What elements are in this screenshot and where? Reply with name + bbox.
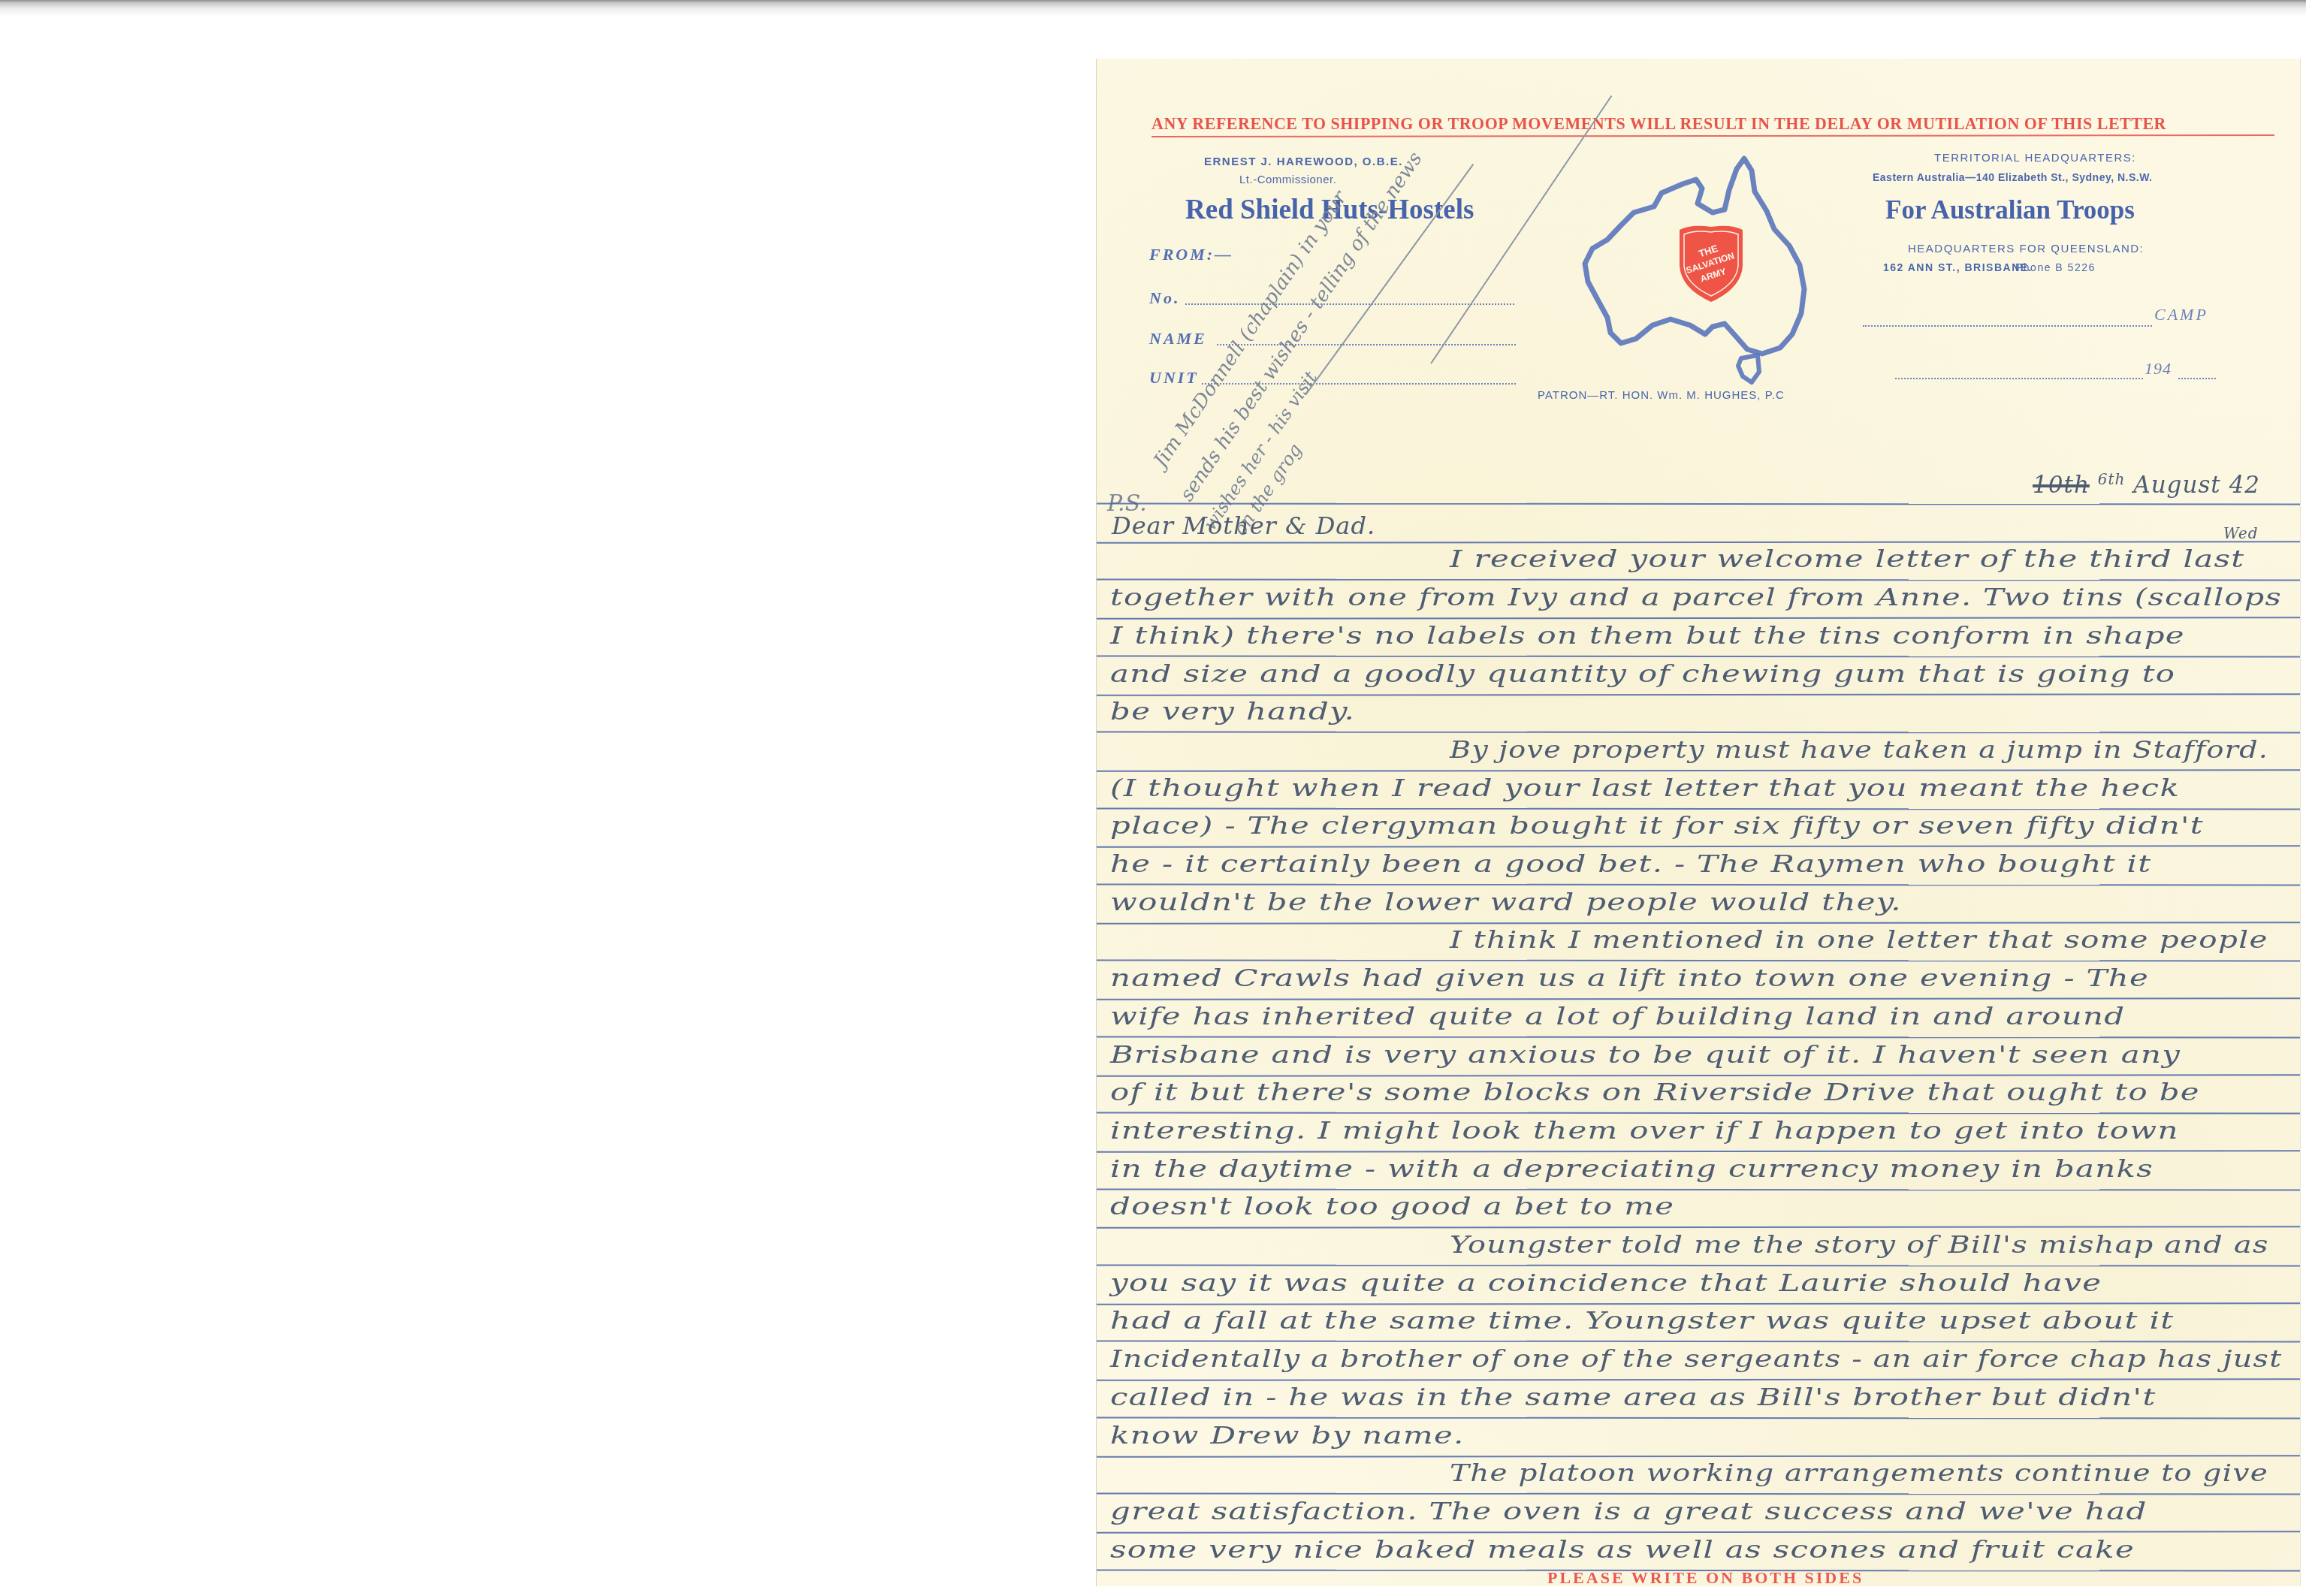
ruled-line [1097, 1378, 2300, 1380]
unit-label: UNIT [1149, 368, 1199, 388]
territorial-hq-address: Eastern Australia—140 Elizabeth St., Syd… [1873, 171, 2153, 183]
letter-line: and size and a goodly quantity of chewin… [1110, 661, 2175, 688]
camp-field[interactable] [1863, 325, 2152, 327]
letter-line: be very handy. [1110, 698, 1355, 726]
censorship-warning: ANY REFERENCE TO SHIPPING OR TROOP MOVEM… [1151, 113, 2166, 134]
letter-line: (I thought when I read your last letter … [1110, 775, 2180, 802]
name-label: NAME [1149, 329, 1207, 348]
ruled-line [1097, 846, 2300, 848]
ruled-line [1097, 1264, 2300, 1266]
ruled-line [1097, 1302, 2300, 1305]
ruled-line [1097, 502, 2300, 505]
ruled-line [1097, 1531, 2300, 1533]
from-label: FROM:— [1149, 245, 1233, 264]
number-field[interactable] [1185, 303, 1514, 305]
ruled-line [1097, 1188, 2300, 1190]
letter-sheet: ANY REFERENCE TO SHIPPING OR TROOP MOVEM… [1097, 59, 2300, 1586]
ruled-line [1097, 732, 2300, 734]
inserted-word: Wed [2223, 524, 2259, 542]
letter-line: called in - he was in the same area as B… [1110, 1384, 2157, 1411]
salvation-army-shield-icon: THE SALVATION ARMY [1677, 222, 1746, 303]
ruled-line [1097, 769, 2300, 771]
letter-line: I think I mentioned in one letter that s… [1450, 927, 2268, 954]
letter-line: he - it certainly been a good bet. - The… [1110, 851, 2151, 878]
number-label: No. [1149, 288, 1180, 308]
ruled-line [1097, 1036, 2300, 1038]
territorial-hq-heading: TERRITORIAL HEADQUARTERS: [1934, 152, 2136, 164]
letter-line: in the daytime - with a depreciating cur… [1110, 1156, 2154, 1183]
struck-date: 10th [2033, 472, 2090, 499]
letter-line: some very nice baked meals as well as sc… [1110, 1537, 2135, 1564]
letter-line: I received your welcome letter of the th… [1450, 546, 2245, 573]
letter-line: By jove property must have taken a jump … [1450, 737, 2268, 764]
date-month-year: August 42 [2133, 472, 2260, 499]
ruled-line [1097, 922, 2300, 924]
year-label: 194 [2145, 359, 2172, 379]
ruled-line [1097, 883, 2300, 885]
letter-line: had a fall at the same time. Youngster w… [1110, 1308, 2174, 1335]
salutation: Dear Mother & Dad. [1112, 511, 1375, 540]
ruled-line [1097, 1112, 2300, 1115]
ruled-line [1097, 655, 2300, 657]
letter-line: know Drew by name. [1110, 1423, 1465, 1450]
ruled-line [1097, 541, 2300, 543]
tagline: For Australian Troops [1885, 195, 2135, 225]
letter-line: wife has inherited quite a lot of buildi… [1110, 1003, 2125, 1030]
ruled-line [1097, 1226, 2300, 1229]
date-field-tail [2178, 378, 2216, 379]
officer-title: Lt.-Commissioner. [1239, 173, 1336, 186]
name-field[interactable] [1217, 344, 1516, 345]
letter-line: Brisbane and is very anxious to be quit … [1110, 1042, 2181, 1069]
officer-name: ERNEST J. HAREWOOD, O.B.E. [1204, 155, 1403, 168]
letter-line: The platoon working arrangements continu… [1450, 1460, 2268, 1487]
letter-line: Youngster told me the story of Bill's mi… [1450, 1232, 2269, 1259]
letter-line: named Crawls had given us a lift into to… [1110, 965, 2149, 992]
letter-line: place) - The clergyman bought it for six… [1110, 813, 2204, 840]
letter-line: great satisfaction. The oven is a great … [1110, 1498, 2148, 1525]
letter-line: Incidentally a brother of one of the ser… [1110, 1346, 2282, 1373]
warning-underline [1151, 134, 2274, 137]
ruled-line [1097, 617, 2300, 619]
ruled-line [1097, 807, 2300, 810]
letter-line: you say it was quite a coincidence that … [1110, 1270, 2102, 1297]
ruled-line [1097, 1074, 2300, 1076]
camp-label: CAMP [2154, 305, 2208, 324]
ruled-line [1097, 960, 2300, 962]
letter-date: 10th 6th August 42 [2033, 470, 2260, 499]
patron-line: PATRON—RT. HON. Wm. M. HUGHES, P.C [1538, 389, 1785, 402]
letter-line: of it but there's some blocks on Riversi… [1110, 1079, 2200, 1106]
letter-line: I think) there's no labels on them but t… [1110, 623, 2185, 650]
ruled-line [1097, 1341, 2300, 1343]
letter-line: together with one from Ivy and a parcel … [1110, 584, 2282, 611]
ruled-line [1097, 1416, 2300, 1419]
phone-number: Phone B 5226 [2015, 261, 2096, 273]
qld-hq-heading: HEADQUARTERS FOR QUEENSLAND: [1908, 243, 2144, 255]
corrected-day: 6th [2098, 470, 2126, 488]
qld-hq-address: 162 ANN ST., BRISBANE. [1883, 261, 2033, 273]
letter-line: interesting. I might look them over if I… [1110, 1118, 2179, 1145]
scanner-edge-shadow [0, 0, 2306, 17]
ruled-line [1097, 693, 2300, 695]
ruled-line [1097, 1455, 2300, 1457]
footer-notice: PLEASE WRITE ON BOTH SIDES [1547, 1568, 1864, 1586]
ruled-line [1097, 1150, 2300, 1152]
date-field[interactable] [1895, 378, 2143, 379]
ruled-line [1097, 579, 2300, 581]
ruled-line [1097, 997, 2300, 1000]
letter-line: wouldn't be the lower ward people would … [1110, 889, 1902, 916]
ruled-line [1097, 1493, 2300, 1495]
letter-line: doesn't look too good a bet to me [1110, 1193, 1674, 1220]
